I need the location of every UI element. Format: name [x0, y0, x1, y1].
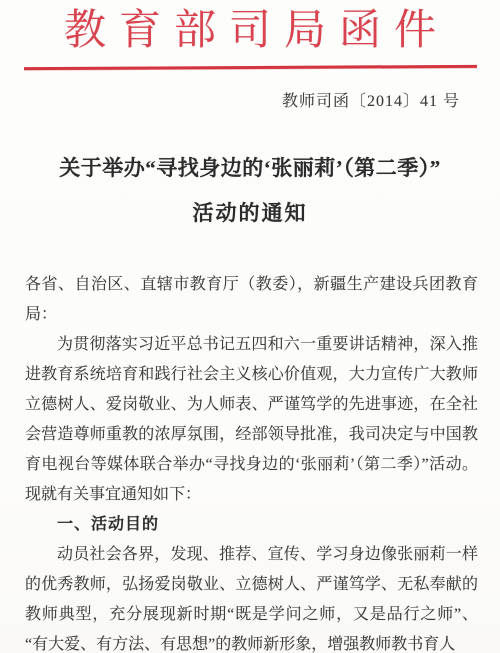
- document-title: 关于举办“寻找身边的‘张丽莉’（第二季）” 活动的通知: [0, 154, 500, 227]
- intro-paragraph: 为贯彻落实习近平总书记五四和六一重要讲话精神，深入推进教育系统培育和践行社会主义…: [25, 330, 478, 510]
- document-title-line-1: 关于举办“寻找身边的‘张丽莉’（第二季）”: [0, 154, 500, 182]
- letterhead-divider: [23, 65, 476, 70]
- document-page: 教育部司局函件 教师司函〔2014〕41 号 关于举办“寻找身边的‘张丽莉’（第…: [0, 0, 500, 653]
- purpose-paragraph: 动员社会各界，发现、推荐、宣传、学习身边像张丽莉一样的优秀教师，弘扬爱岗敬业、立…: [25, 540, 478, 653]
- document-body: 各省、自治区、直辖市教育厅（教委），新疆生产建设兵团教育局： 为贯彻落实习近平总…: [0, 270, 500, 653]
- document-number: 教师司函〔2014〕41 号: [0, 92, 500, 112]
- addressee-paragraph: 各省、自治区、直辖市教育厅（教委），新疆生产建设兵团教育局：: [25, 270, 478, 330]
- section-1-heading: 一、活动目的: [25, 510, 478, 540]
- document-title-line-2: 活动的通知: [0, 199, 500, 227]
- letterhead-title: 教育部司局函件: [0, 6, 500, 56]
